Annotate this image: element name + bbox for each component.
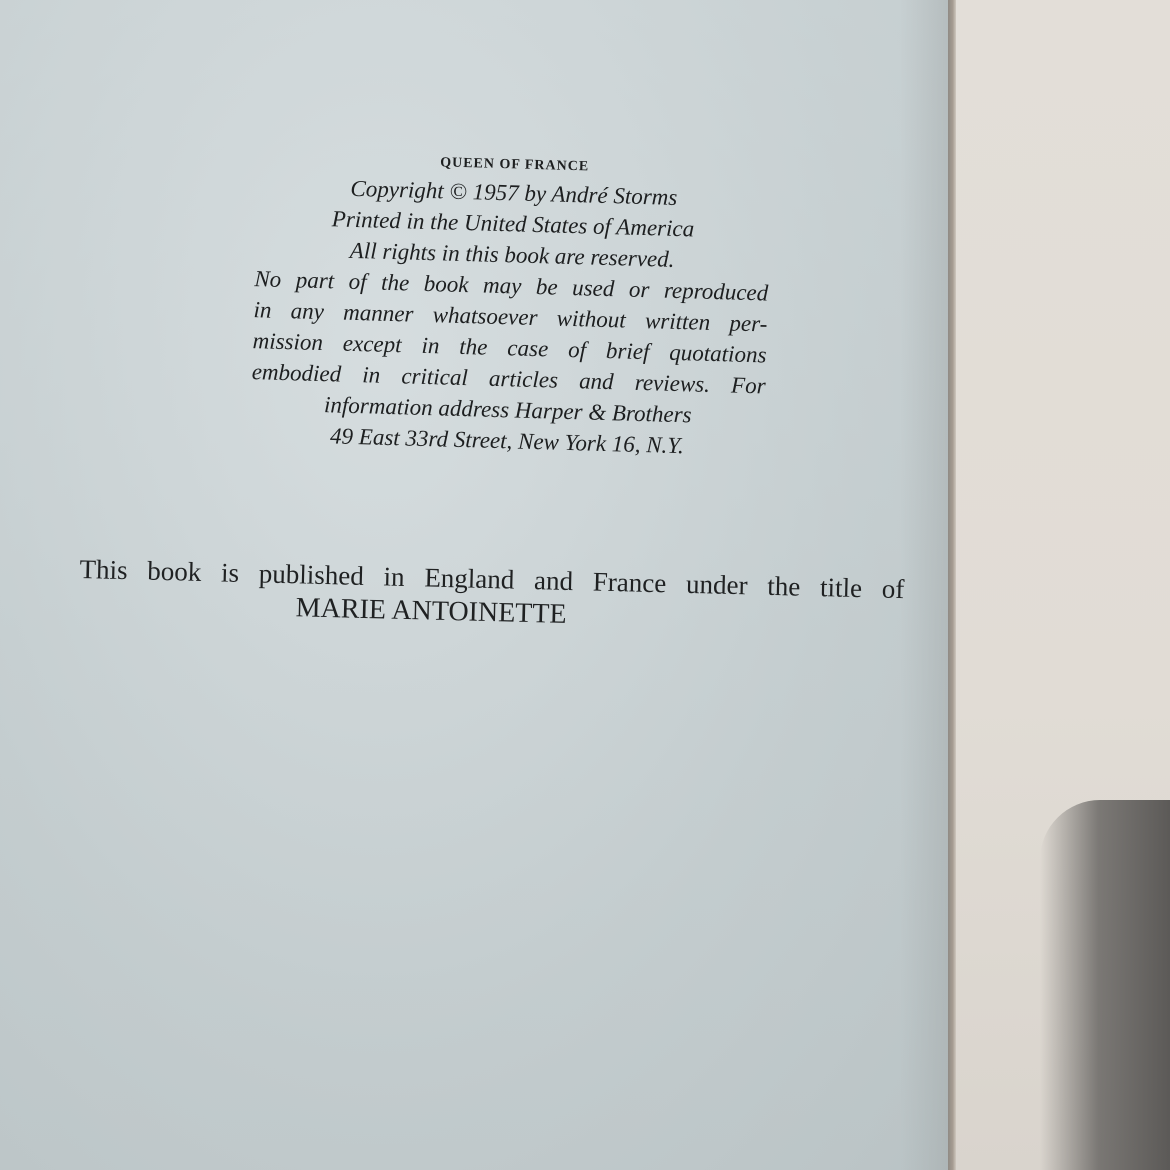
- copyright-block: QUEEN OF FRANCE Copyright © 1957 by Andr…: [242, 150, 780, 464]
- page-gutter-shadow: [900, 0, 950, 1170]
- page-edge: [948, 0, 956, 1170]
- cast-shadow: [1040, 800, 1170, 1170]
